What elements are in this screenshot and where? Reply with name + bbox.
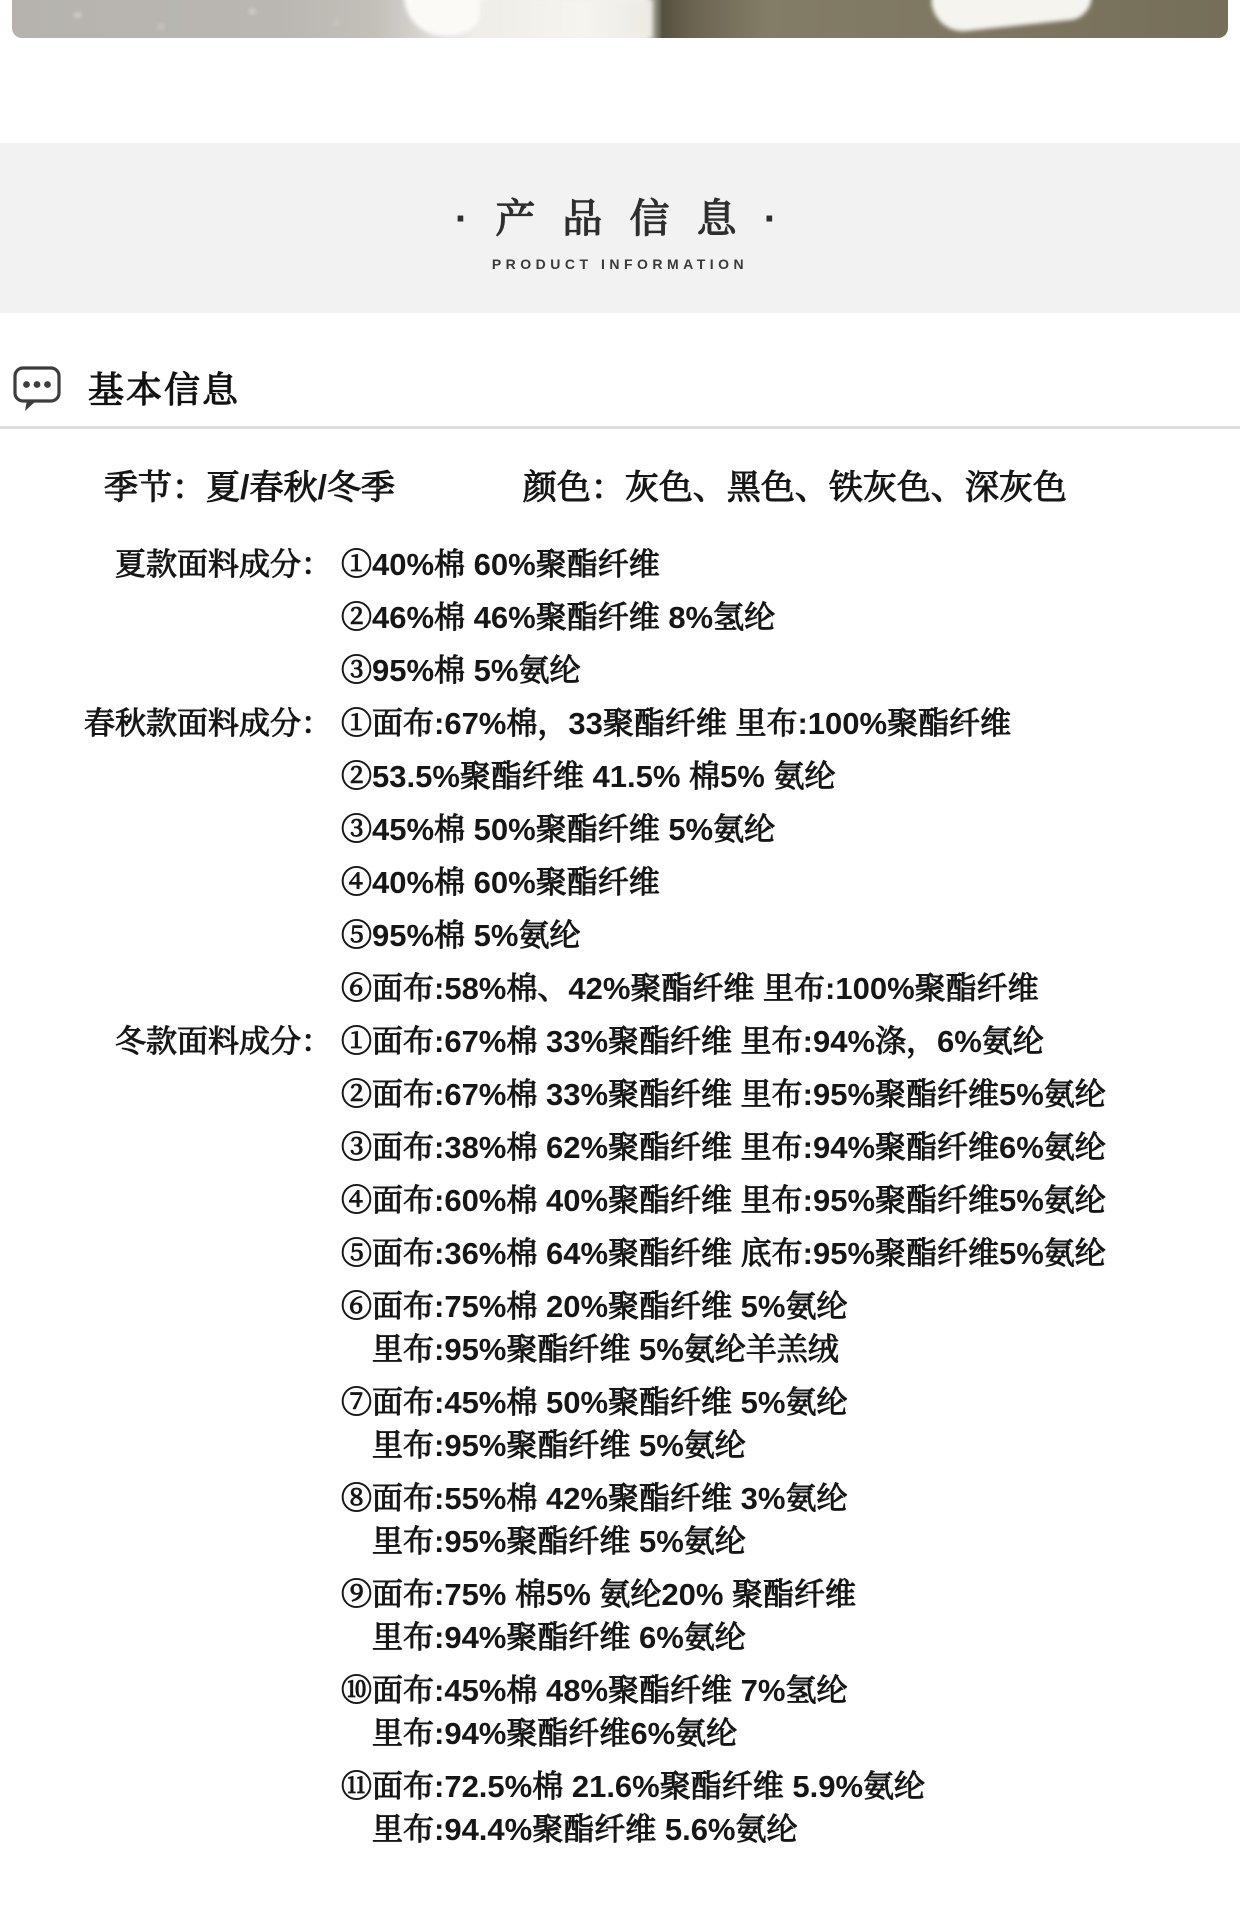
white-pant-leg bbox=[480, 0, 652, 38]
fabric-line: 里布:94%聚酯纤维 6%氨纶 bbox=[341, 1616, 1240, 1659]
fabric-line: ⑦面布:45%棉 50%聚酯纤维 5%氨纶 bbox=[341, 1381, 1240, 1424]
summer-fabric-items: ①40%棉 60%聚酯纤维 ②46%棉 46%聚酯纤维 8%氢纶 ③95%棉 5… bbox=[341, 543, 1240, 702]
chat-bubble-icon bbox=[12, 364, 62, 412]
fabric-item: ③95%棉 5%氨纶 bbox=[341, 649, 1240, 692]
fabric-line: 里布:95%聚酯纤维 5%氨纶羊羔绒 bbox=[341, 1328, 1240, 1371]
section-divider bbox=[0, 426, 1240, 429]
spring-autumn-fabric-items: ①面布:67%棉，33聚酯纤维 里布:100%聚酯纤维 ②53.5%聚酯纤维 4… bbox=[341, 702, 1240, 1020]
banner-title: · 产 品 信 息 · bbox=[0, 187, 1240, 244]
winter-fabric-label: 冬款面料成分： bbox=[0, 1020, 341, 1063]
color-pair: 颜色：灰色、黑色、铁灰色、深灰色 bbox=[523, 469, 1067, 507]
spring-autumn-fabric-label: 春秋款面料成分： bbox=[0, 702, 341, 745]
fabric-line: 里布:95%聚酯纤维 5%氨纶 bbox=[341, 1520, 1240, 1563]
fabric-item: ⑤面布:36%棉 64%聚酯纤维 底布:95%聚酯纤维5%氨纶 bbox=[341, 1232, 1240, 1275]
basic-info-header: 基本信息 bbox=[12, 362, 240, 413]
fabric-item: ⑩面布:45%棉 48%聚酯纤维 7%氢纶里布:94%聚酯纤维6%氨纶 bbox=[341, 1669, 1240, 1755]
summer-fabric-label: 夏款面料成分： bbox=[0, 543, 341, 586]
fabric-item: ③45%棉 50%聚酯纤维 5%氨纶 bbox=[341, 808, 1240, 851]
white-shoe-right bbox=[930, 0, 1094, 34]
fabric-line: ⑨面布:75% 棉5% 氨纶20% 聚酯纤维 bbox=[341, 1573, 1240, 1616]
fabric-item: ②46%棉 46%聚酯纤维 8%氢纶 bbox=[341, 596, 1240, 639]
fabric-item: ③面布:38%棉 62%聚酯纤维 里布:94%聚酯纤维6%氨纶 bbox=[341, 1126, 1240, 1169]
fabric-item: ①40%棉 60%聚酯纤维 bbox=[341, 543, 1240, 586]
fabric-item: ⑨面布:75% 棉5% 氨纶20% 聚酯纤维里布:94%聚酯纤维 6%氨纶 bbox=[341, 1573, 1240, 1659]
fabric-item: ①面布:67%棉 33%聚酯纤维 里布:94%涤，6%氨纶 bbox=[341, 1020, 1240, 1063]
fabric-line: 里布:94.4%聚酯纤维 5.6%氨纶 bbox=[341, 1808, 1240, 1851]
fabric-item: ⑤95%棉 5%氨纶 bbox=[341, 914, 1240, 957]
fabric-line: ②46%棉 46%聚酯纤维 8%氢纶 bbox=[341, 596, 1240, 639]
fabric-item: ②面布:67%棉 33%聚酯纤维 里布:95%聚酯纤维5%氨纶 bbox=[341, 1073, 1240, 1116]
fabric-line: 里布:95%聚酯纤维 5%氨纶 bbox=[341, 1424, 1240, 1467]
fabric-line: ④面布:60%棉 40%聚酯纤维 里布:95%聚酯纤维5%氨纶 bbox=[341, 1179, 1240, 1222]
product-photo-strip bbox=[12, 0, 1228, 38]
season-pair: 季节：夏/春秋/冬季 bbox=[104, 469, 395, 507]
fabric-line: ①面布:67%棉 33%聚酯纤维 里布:94%涤，6%氨纶 bbox=[341, 1020, 1240, 1063]
fabric-line: ①面布:67%棉，33聚酯纤维 里布:100%聚酯纤维 bbox=[341, 702, 1240, 745]
fabric-line: ⑩面布:45%棉 48%聚酯纤维 7%氢纶 bbox=[341, 1669, 1240, 1712]
summer-fabric-section: 夏款面料成分： ①40%棉 60%聚酯纤维 ②46%棉 46%聚酯纤维 8%氢纶… bbox=[0, 543, 1240, 702]
carpet-texture bbox=[32, 0, 412, 38]
fabric-line: ②面布:67%棉 33%聚酯纤维 里布:95%聚酯纤维5%氨纶 bbox=[341, 1073, 1240, 1116]
fabric-item: ⑥面布:58%棉、42%聚酯纤维 里布:100%聚酯纤维 bbox=[341, 967, 1240, 1010]
season-label: 季节： bbox=[104, 469, 206, 507]
fabric-item: ④面布:60%棉 40%聚酯纤维 里布:95%聚酯纤维5%氨纶 bbox=[341, 1179, 1240, 1222]
fabric-line: ③面布:38%棉 62%聚酯纤维 里布:94%聚酯纤维6%氨纶 bbox=[341, 1126, 1240, 1169]
fabric-line: ③45%棉 50%聚酯纤维 5%氨纶 bbox=[341, 808, 1240, 851]
color-label: 颜色： bbox=[523, 469, 625, 507]
fabric-line: ⑤95%棉 5%氨纶 bbox=[341, 914, 1240, 957]
fabric-line: ⑥面布:75%棉 20%聚酯纤维 5%氨纶 bbox=[341, 1285, 1240, 1328]
fabric-item: ⑦面布:45%棉 50%聚酯纤维 5%氨纶里布:95%聚酯纤维 5%氨纶 bbox=[341, 1381, 1240, 1467]
spring-autumn-fabric-section: 春秋款面料成分： ①面布:67%棉，33聚酯纤维 里布:100%聚酯纤维 ②53… bbox=[0, 702, 1240, 1020]
basic-info-title: 基本信息 bbox=[88, 362, 240, 413]
fabric-line: ⑪面布:72.5%棉 21.6%聚酯纤维 5.9%氨纶 bbox=[341, 1765, 1240, 1808]
fabric-item: ①面布:67%棉，33聚酯纤维 里布:100%聚酯纤维 bbox=[341, 702, 1240, 745]
fabric-line: ④40%棉 60%聚酯纤维 bbox=[341, 861, 1240, 904]
fabric-item: ⑥面布:75%棉 20%聚酯纤维 5%氨纶里布:95%聚酯纤维 5%氨纶羊羔绒 bbox=[341, 1285, 1240, 1371]
winter-fabric-section: 冬款面料成分： ①面布:67%棉 33%聚酯纤维 里布:94%涤，6%氨纶 ②面… bbox=[0, 1020, 1240, 1861]
fabric-item: ⑧面布:55%棉 42%聚酯纤维 3%氨纶里布:95%聚酯纤维 5%氨纶 bbox=[341, 1477, 1240, 1563]
fabric-item: ②53.5%聚酯纤维 41.5% 棉5% 氨纶 bbox=[341, 755, 1240, 798]
fabric-item: ⑪面布:72.5%棉 21.6%聚酯纤维 5.9%氨纶里布:94.4%聚酯纤维 … bbox=[341, 1765, 1240, 1851]
banner-subtitle: PRODUCT INFORMATION bbox=[0, 256, 1240, 272]
fabric-line: ⑧面布:55%棉 42%聚酯纤维 3%氨纶 bbox=[341, 1477, 1240, 1520]
season-color-row: 季节：夏/春秋/冬季 颜色：灰色、黑色、铁灰色、深灰色 bbox=[104, 469, 1067, 507]
fabric-composition: 夏款面料成分： ①40%棉 60%聚酯纤维 ②46%棉 46%聚酯纤维 8%氢纶… bbox=[0, 543, 1240, 1861]
color-value: 灰色、黑色、铁灰色、深灰色 bbox=[625, 469, 1067, 507]
season-value: 夏/春秋/冬季 bbox=[206, 469, 395, 507]
fabric-line: ⑤面布:36%棉 64%聚酯纤维 底布:95%聚酯纤维5%氨纶 bbox=[341, 1232, 1240, 1275]
fabric-item: ④40%棉 60%聚酯纤维 bbox=[341, 861, 1240, 904]
fabric-line: ①40%棉 60%聚酯纤维 bbox=[341, 543, 1240, 586]
product-info-banner: · 产 品 信 息 · PRODUCT INFORMATION bbox=[0, 143, 1240, 313]
fabric-line: ②53.5%聚酯纤维 41.5% 棉5% 氨纶 bbox=[341, 755, 1240, 798]
white-shoe-left bbox=[404, 0, 488, 36]
fabric-line: ③95%棉 5%氨纶 bbox=[341, 649, 1240, 692]
fabric-line: ⑥面布:58%棉、42%聚酯纤维 里布:100%聚酯纤维 bbox=[341, 967, 1240, 1010]
winter-fabric-items: ①面布:67%棉 33%聚酯纤维 里布:94%涤，6%氨纶 ②面布:67%棉 3… bbox=[341, 1020, 1240, 1861]
fabric-line: 里布:94%聚酯纤维6%氨纶 bbox=[341, 1712, 1240, 1755]
